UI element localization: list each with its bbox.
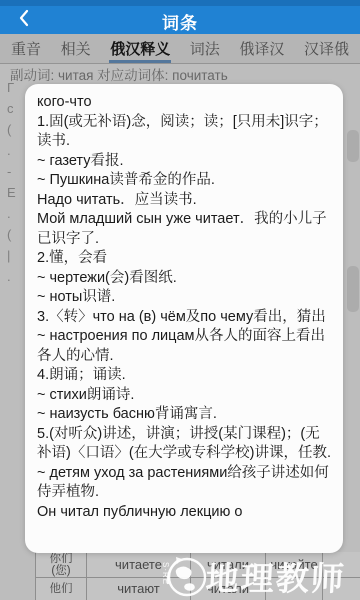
pronoun-line: 他们 (50, 583, 73, 595)
pronoun-line: 你们 (50, 553, 73, 565)
background-fragment: . (7, 143, 11, 158)
tab-相关[interactable]: 相关 (60, 34, 92, 63)
background-fragment: ( (7, 227, 11, 242)
tab-词法[interactable]: 词法 (189, 34, 221, 63)
definition-line: ~ стихи朗诵诗. (37, 386, 331, 406)
pronoun-cell: 你们(您) (35, 552, 86, 577)
definition-line: 5.(对听众)讲述，讲演；讲授(某门课程)；(无补语)〈口语〉(在大学或专科学校… (37, 425, 331, 464)
background-grammar-line: 副动词: читая 对应动词体: почитать (10, 64, 356, 84)
tab-俄汉释义[interactable]: 俄汉释义 (109, 34, 171, 63)
tab-bar: 重音相关俄汉释义词法俄译汉汉译俄 (0, 34, 360, 64)
background-fragment: . (7, 269, 11, 284)
definition-line: ~ детям уход за растениями给孩子讲述如何侍弄植物. (37, 464, 331, 503)
definition-line: кого-что (37, 93, 331, 113)
definition-line: Он читал публичную лекцию о (37, 503, 331, 523)
background-fragment: Г (7, 80, 14, 95)
tab-重音[interactable]: 重音 (10, 34, 42, 63)
pronoun-line: (您) (51, 565, 70, 577)
definition-line: ~ настроения по лицам从各人的面容上看出各人的心情. (37, 327, 331, 366)
tab-俄译汉[interactable]: 俄译汉 (238, 34, 285, 63)
scrollbar-segment[interactable] (347, 266, 359, 312)
background-fragment: ( (7, 122, 11, 137)
watermark-text: 地理教师 (205, 553, 347, 600)
watermark-ring-text: S·RE (161, 562, 170, 585)
definition-line: Надо читать．应当读书. (37, 191, 331, 211)
definition-line: ~ наизусть басню背诵寓言. (37, 405, 331, 425)
page-title: 词条 (0, 9, 360, 34)
status-bar (0, 0, 360, 6)
definition-line: ~ чертежи(会)看图纸. (37, 269, 331, 289)
background-fragment: с (7, 101, 14, 116)
app-bar: 词条 (0, 0, 360, 34)
pronoun-cell: 他们 (35, 578, 86, 600)
background-fragment: Е (7, 185, 16, 200)
scrollbar-segment[interactable] (347, 130, 359, 162)
background-fragment: | (7, 248, 10, 263)
background-fragment: - (7, 164, 11, 179)
definition-line: 1.固(或无补语)念，阅读；读；[只用未]识字；读书. (37, 113, 331, 152)
tab-汉译俄[interactable]: 汉译俄 (303, 34, 350, 63)
definition-line: ~ газету看报. (37, 152, 331, 172)
background-fragment: . (7, 206, 11, 221)
definition-line: 3.〈转〉что на (в) чём及по чему看出，猜出 (37, 308, 331, 328)
definition-line: 4.朗诵；诵读. (37, 366, 331, 386)
definition-line: Мой младший сын уже читает．我的小儿子已识字了. (37, 210, 331, 249)
watermark: S·RE 地理教师 (160, 550, 360, 600)
globe-icon (164, 554, 208, 600)
dictionary-entry-screen: 词条 重音相关俄汉释义词法俄译汉汉译俄 副动词: читая 对应动词体: по… (0, 0, 360, 600)
definition-popup[interactable]: кого-что1.固(或无补语)念，阅读；读；[只用未]识字；读书.~ газ… (25, 84, 343, 553)
definition-line: ~ ноты识谱. (37, 288, 331, 308)
definition-line: ~ Пушкина读普希金的作品. (37, 171, 331, 191)
definition-line: 2.懂，会看 (37, 249, 331, 269)
